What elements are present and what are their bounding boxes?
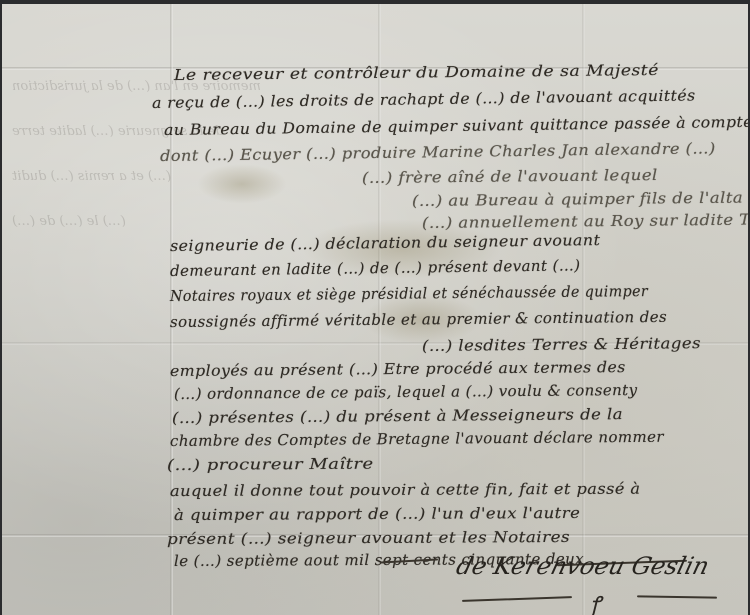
signature: de Kerenvoeu Geslin <box>454 552 713 580</box>
text-line: Notaires royaux et siège présidial et sé… <box>170 282 648 305</box>
text-line: (…) frère aîné de l'avouant lequel <box>362 166 658 187</box>
text-line: à quimper au rapport de (…) l'un d'eux l… <box>174 504 580 524</box>
text-line: demeurant en ladite (…) de (…) présent d… <box>170 256 581 280</box>
text-line: présent (…) seigneur avouant et les Nota… <box>167 528 570 548</box>
paraph-mark: ꝭ <box>590 589 600 615</box>
manuscript-text: Le receveur et contrôleur du Domaine de … <box>2 4 748 615</box>
text-line: dont (…) Ecuyer (…) produire Marine Char… <box>160 139 716 165</box>
manuscript-page: memoire en l'an (…) de la jurisdiction d… <box>2 4 748 615</box>
text-line: (…) au Bureau à quimper fils de l'alta <box>412 189 743 210</box>
text-line: (…) lesdites Terres & Héritages <box>422 334 701 355</box>
text-line: au Bureau du Domaine de quimper suivant … <box>164 113 748 139</box>
text-line: (…) présentes (…) du présent à Messeigne… <box>172 405 623 427</box>
text-line: employés au présent (…) Etre procédé aux… <box>170 358 626 380</box>
text-line: (…) procureur Maître <box>167 455 374 474</box>
text-line: (…) ordonnance de ce païs, lequel a (…) … <box>174 381 638 403</box>
text-line: a reçu de (…) les droits de rachapt de (… <box>152 86 696 112</box>
text-line: auquel il donne tout pouvoir à cette fin… <box>170 480 641 500</box>
text-line: Le receveur et contrôleur du Domaine de … <box>174 61 659 84</box>
text-line: soussignés affirmé véritable et au premi… <box>170 308 667 331</box>
photo-frame: memoire en l'an (…) de la jurisdiction d… <box>0 0 750 615</box>
text-line: (…) annuellement au Roy sur ladite Terre… <box>422 210 748 232</box>
text-line: seigneurie de (…) déclaration du seigneu… <box>170 231 601 255</box>
text-line: chambre des Comptes de Bretagne l'avouan… <box>170 428 664 450</box>
